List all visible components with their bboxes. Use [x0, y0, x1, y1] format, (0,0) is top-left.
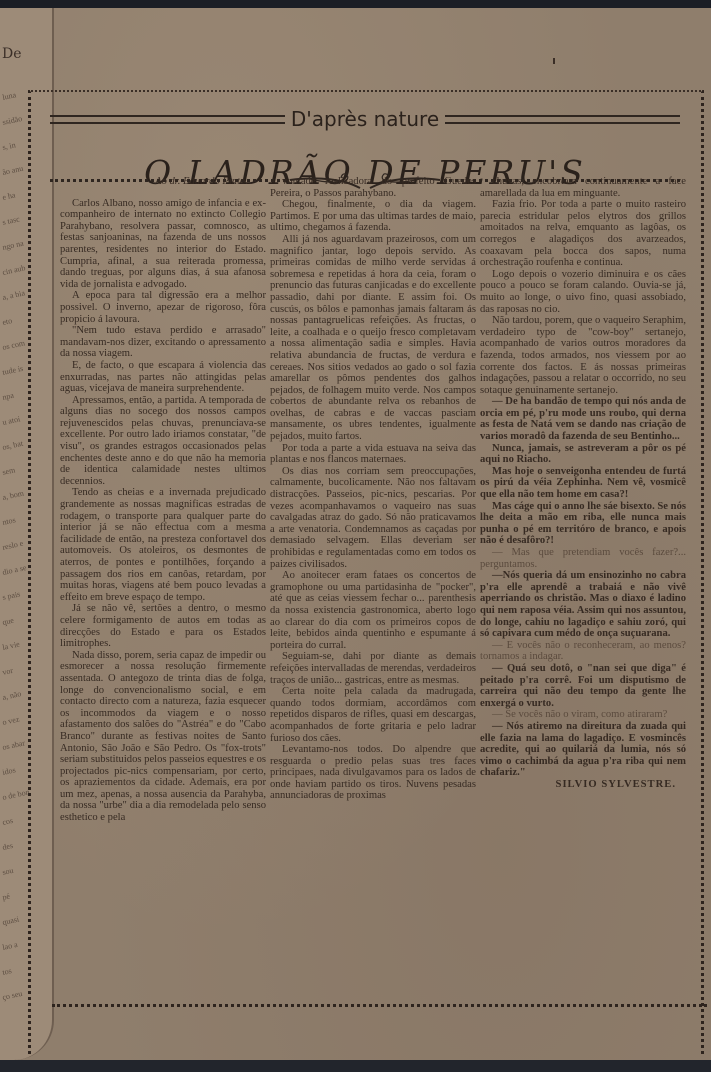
paragraph: Logo depois o vozerio diminuira e os cãe…	[480, 269, 686, 315]
paragraph: A epoca para tal digressão era a melhor …	[60, 290, 266, 325]
paragraph: Nunca, jamais, se astreveram a pôr os pé…	[480, 443, 686, 466]
paragraph: —Nós queria dá um ensinozinho no cabra p…	[480, 570, 686, 640]
double-rule-left	[50, 115, 285, 124]
paragraph: E, de facto, o que escapara á violencia …	[60, 360, 266, 395]
paragraph: Não tardou, porem, que o vaqueiro Seraph…	[480, 315, 686, 396]
paragraph: Já se não vê, sertões a dentro, o mesmo …	[60, 603, 266, 649]
column-2: vontade realizadora do prefeito Guedes P…	[270, 176, 476, 976]
double-rule-right	[445, 115, 680, 124]
paragraph: Apressamos, então, a partida. A temporad…	[60, 395, 266, 488]
ink-speck	[553, 58, 555, 64]
paragraph: — Nós atiremo na direitura da zuada qui …	[480, 721, 686, 779]
section-kicker: D'après nature	[291, 107, 439, 131]
paragraph: — E vocês não o reconheceram, ao menos? …	[480, 640, 686, 663]
column-2-body: vontade realizadora do prefeito Guedes P…	[270, 176, 476, 802]
paragraph: Carlos Albano, nosso amigo de infancia e…	[60, 198, 266, 291]
paragraph: vontade realizadora do prefeito Guedes P…	[270, 176, 476, 199]
scanner-bottom-edge	[0, 1060, 711, 1072]
paragraph: Mas cáge qui o anno lhe sáe bisexto. Se …	[480, 501, 686, 547]
column-1: Ao dr. Eduardo Pinto. Carlos Albano, nos…	[60, 176, 266, 976]
paragraph: Tendo as cheias e a invernada prejudicad…	[60, 487, 266, 603]
paragraph: — De ha bandão de tempo qui nós anda de …	[480, 396, 686, 442]
column-3-body: chuvas, encobriam continuamente a face a…	[480, 176, 686, 779]
author-signature: SILVIO SYLVESTRE.	[480, 779, 686, 791]
paragraph: Fazia frio. Por toda a parte o muito ras…	[480, 199, 686, 269]
paragraph: Certa noite pela calada da madrugada, qu…	[270, 686, 476, 744]
adjacent-page-heading: De	[2, 46, 22, 62]
paragraph: Alli já nos aguardavam prazeirosos, com …	[270, 234, 476, 443]
paragraph: "Nem tudo estava perdido e arrasado" man…	[60, 325, 266, 360]
column-1-body: Carlos Albano, nosso amigo de infancia e…	[60, 198, 266, 824]
paragraph: Ao anoitecer eram fataes os concertos de…	[270, 570, 476, 651]
paragraph: chuvas, encobriam continuamente a face a…	[480, 176, 686, 199]
column-3: chuvas, encobriam continuamente a face a…	[480, 176, 686, 976]
section-kicker-row: D'après nature	[50, 106, 680, 132]
article-frame-bottom-rule	[52, 1004, 707, 1007]
paragraph: Seguiam-se, dahi por diante as demais re…	[270, 651, 476, 686]
dedication: Ao dr. Eduardo Pinto.	[60, 176, 266, 188]
paragraph: Mas hoje o senveigonha entendeu de furtá…	[480, 466, 686, 501]
paragraph: — Mas que pretendiam vocês fazer?... per…	[480, 547, 686, 570]
article-columns: Ao dr. Eduardo Pinto. Carlos Albano, nos…	[60, 176, 692, 976]
paragraph: Levantamo-nos todos. Do alpendre que res…	[270, 744, 476, 802]
paragraph: — Quá seu dotô, o "nan sei que diga" é p…	[480, 663, 686, 709]
paragraph: Por toda a parte a vida estuava na seiva…	[270, 443, 476, 466]
paragraph: Nada disso, porem, seria capaz de impedi…	[60, 650, 266, 824]
paragraph: — Se vocês não o viram, como atiraram?	[480, 709, 686, 721]
paragraph: Chegou, finalmente, o dia da viagem. Par…	[270, 199, 476, 234]
paragraph: Os dias nos corriam sem preoccupações, c…	[270, 466, 476, 570]
